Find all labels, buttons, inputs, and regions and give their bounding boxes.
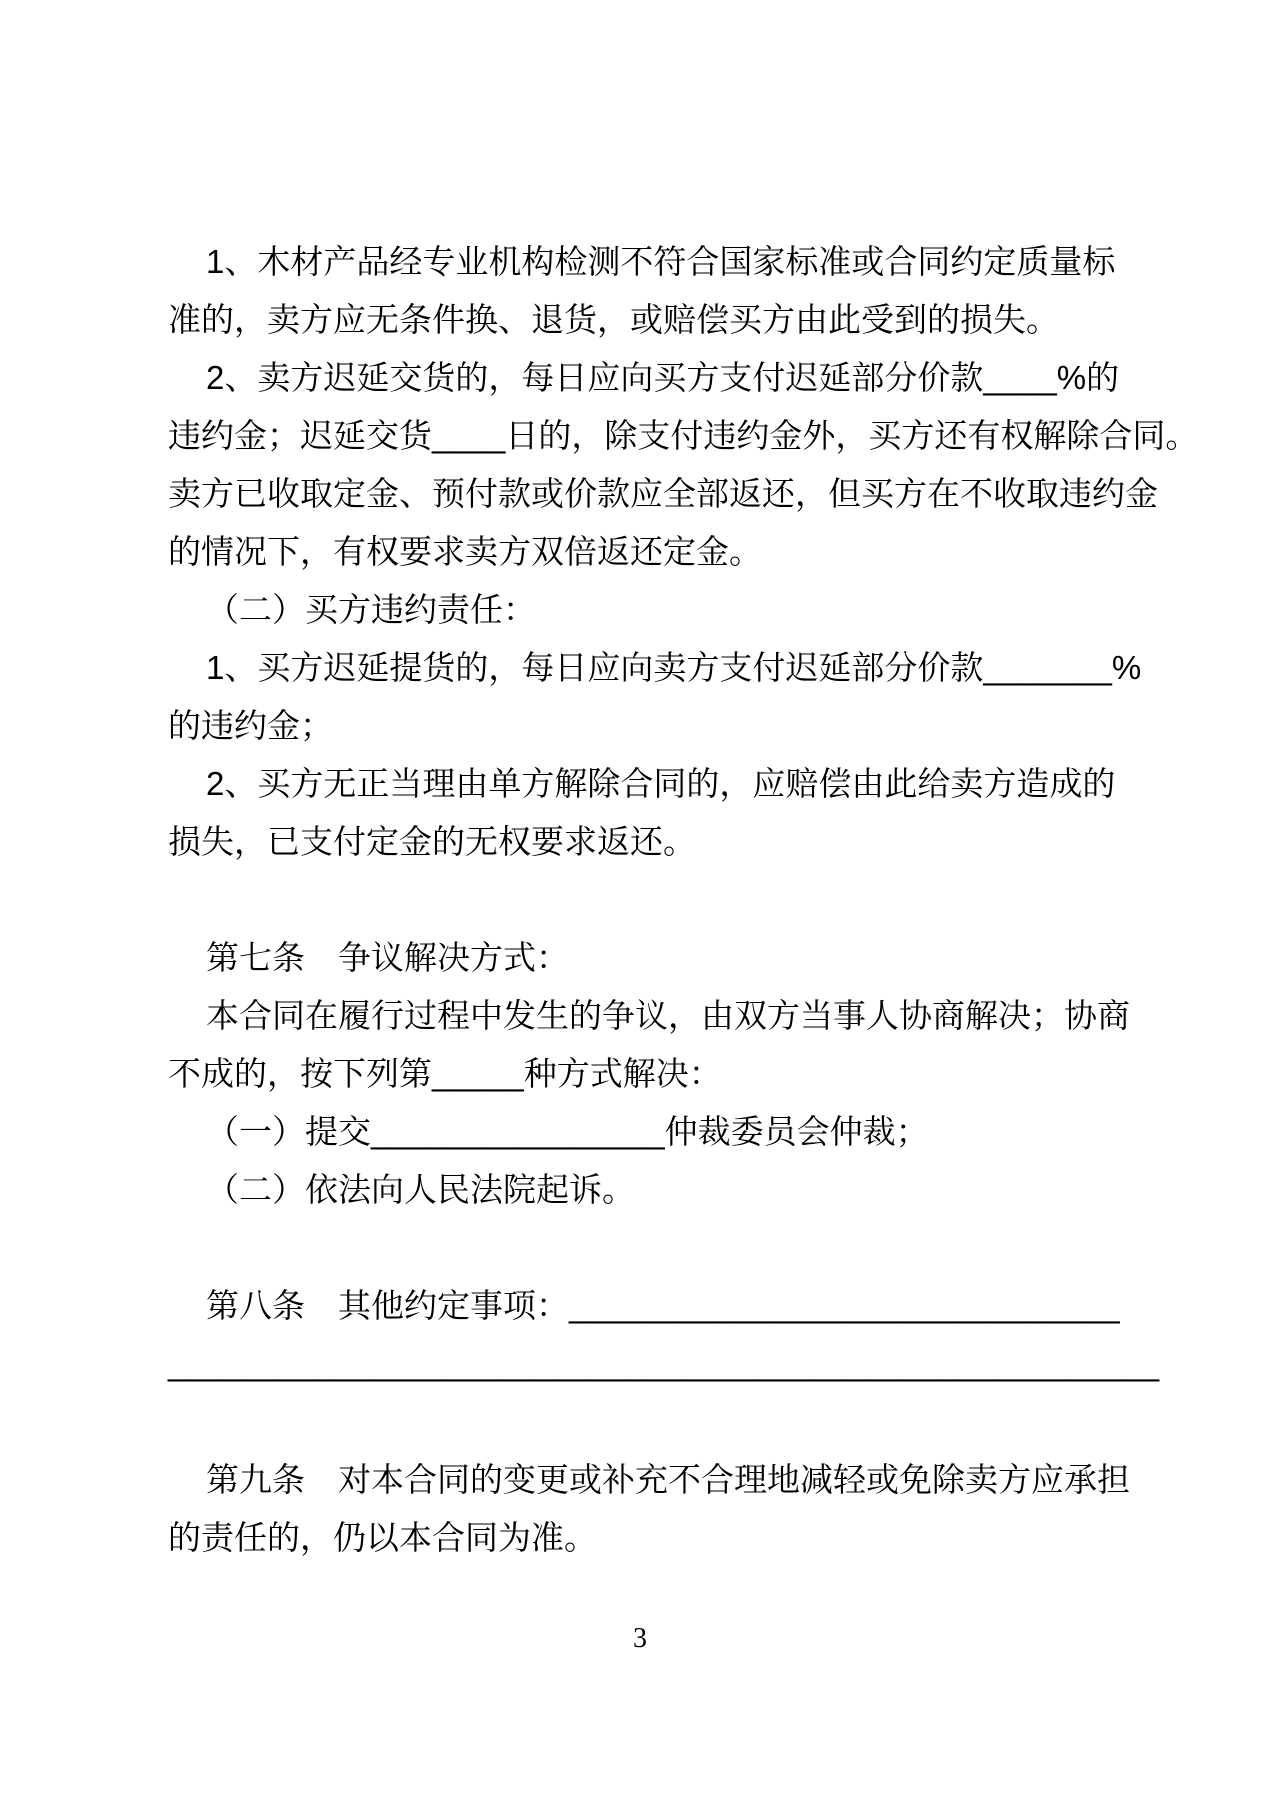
- clause-seller-liability-item1-line2: 准的，卖方应无条件换、退货，或赔偿买方由此受到的损失。: [168, 291, 1112, 349]
- heading-article-8: 第八条 其他约定事项：_____________________________…: [168, 1277, 1112, 1335]
- article-9-line2: 的责任的，仍以本合同为准。: [168, 1509, 1112, 1567]
- clause-buyer-liability-item2-line1: 2、买方无正当理由单方解除合同的，应赔偿由此给卖方造成的: [168, 755, 1112, 813]
- heading-buyer-liability: （二）买方违约责任：: [168, 581, 1112, 639]
- blank-line: [168, 1393, 1112, 1451]
- article-7-body-line1: 本合同在履行过程中发生的争议，由双方当事人协商解决；协商: [168, 987, 1112, 1045]
- contract-page: 1、木材产品经专业机构检测不符合国家标准或合同约定质量标准的，卖方应无条件换、退…: [0, 0, 1280, 1659]
- clause-seller-liability-item2-line4: 的情况下，有权要求卖方双倍返还定金。: [168, 523, 1112, 581]
- clause-seller-liability-item2-line3: 卖方已收取定金、预付款或价款应全部返还，但买方在不收取违约金: [168, 465, 1112, 523]
- blank-line: [168, 1219, 1112, 1277]
- article-9-line1: 第九条 对本合同的变更或补充不合理地减轻或免除卖方应承担: [168, 1451, 1112, 1509]
- clause-buyer-liability-item1-line2: 的违约金；: [168, 697, 1112, 755]
- blank-line: [168, 871, 1112, 929]
- article-7-option-arbitration: （一）提交________________仲裁委员会仲裁；: [168, 1103, 1112, 1161]
- clause-buyer-liability-item2-line2: 损失，已支付定金的无权要求返还。: [168, 813, 1112, 871]
- article-8-fill-in-rule: ________________________________________…: [168, 1335, 1112, 1393]
- clause-seller-liability-item2-line1: 2、卖方迟延交货的，每日应向买方支付迟延部分价款____%的: [168, 349, 1112, 407]
- contract-body: 1、木材产品经专业机构检测不符合国家标准或合同约定质量标准的，卖方应无条件换、退…: [168, 233, 1112, 1567]
- article-7-option-court: （二）依法向人民法院起诉。: [168, 1161, 1112, 1219]
- heading-article-7: 第七条 争议解决方式：: [168, 929, 1112, 987]
- clause-seller-liability-item2-line2: 违约金；迟延交货____日的，除支付违约金外，买方还有权解除合同。: [168, 407, 1112, 465]
- article-7-body-line2: 不成的，按下列第_____种方式解决：: [168, 1045, 1112, 1103]
- clause-buyer-liability-item1-line1: 1、买方迟延提货的，每日应向卖方支付迟延部分价款_______%: [168, 639, 1112, 697]
- page-number: 3: [168, 1619, 1112, 1659]
- clause-seller-liability-item1-line1: 1、木材产品经专业机构检测不符合国家标准或合同约定质量标: [168, 233, 1112, 291]
